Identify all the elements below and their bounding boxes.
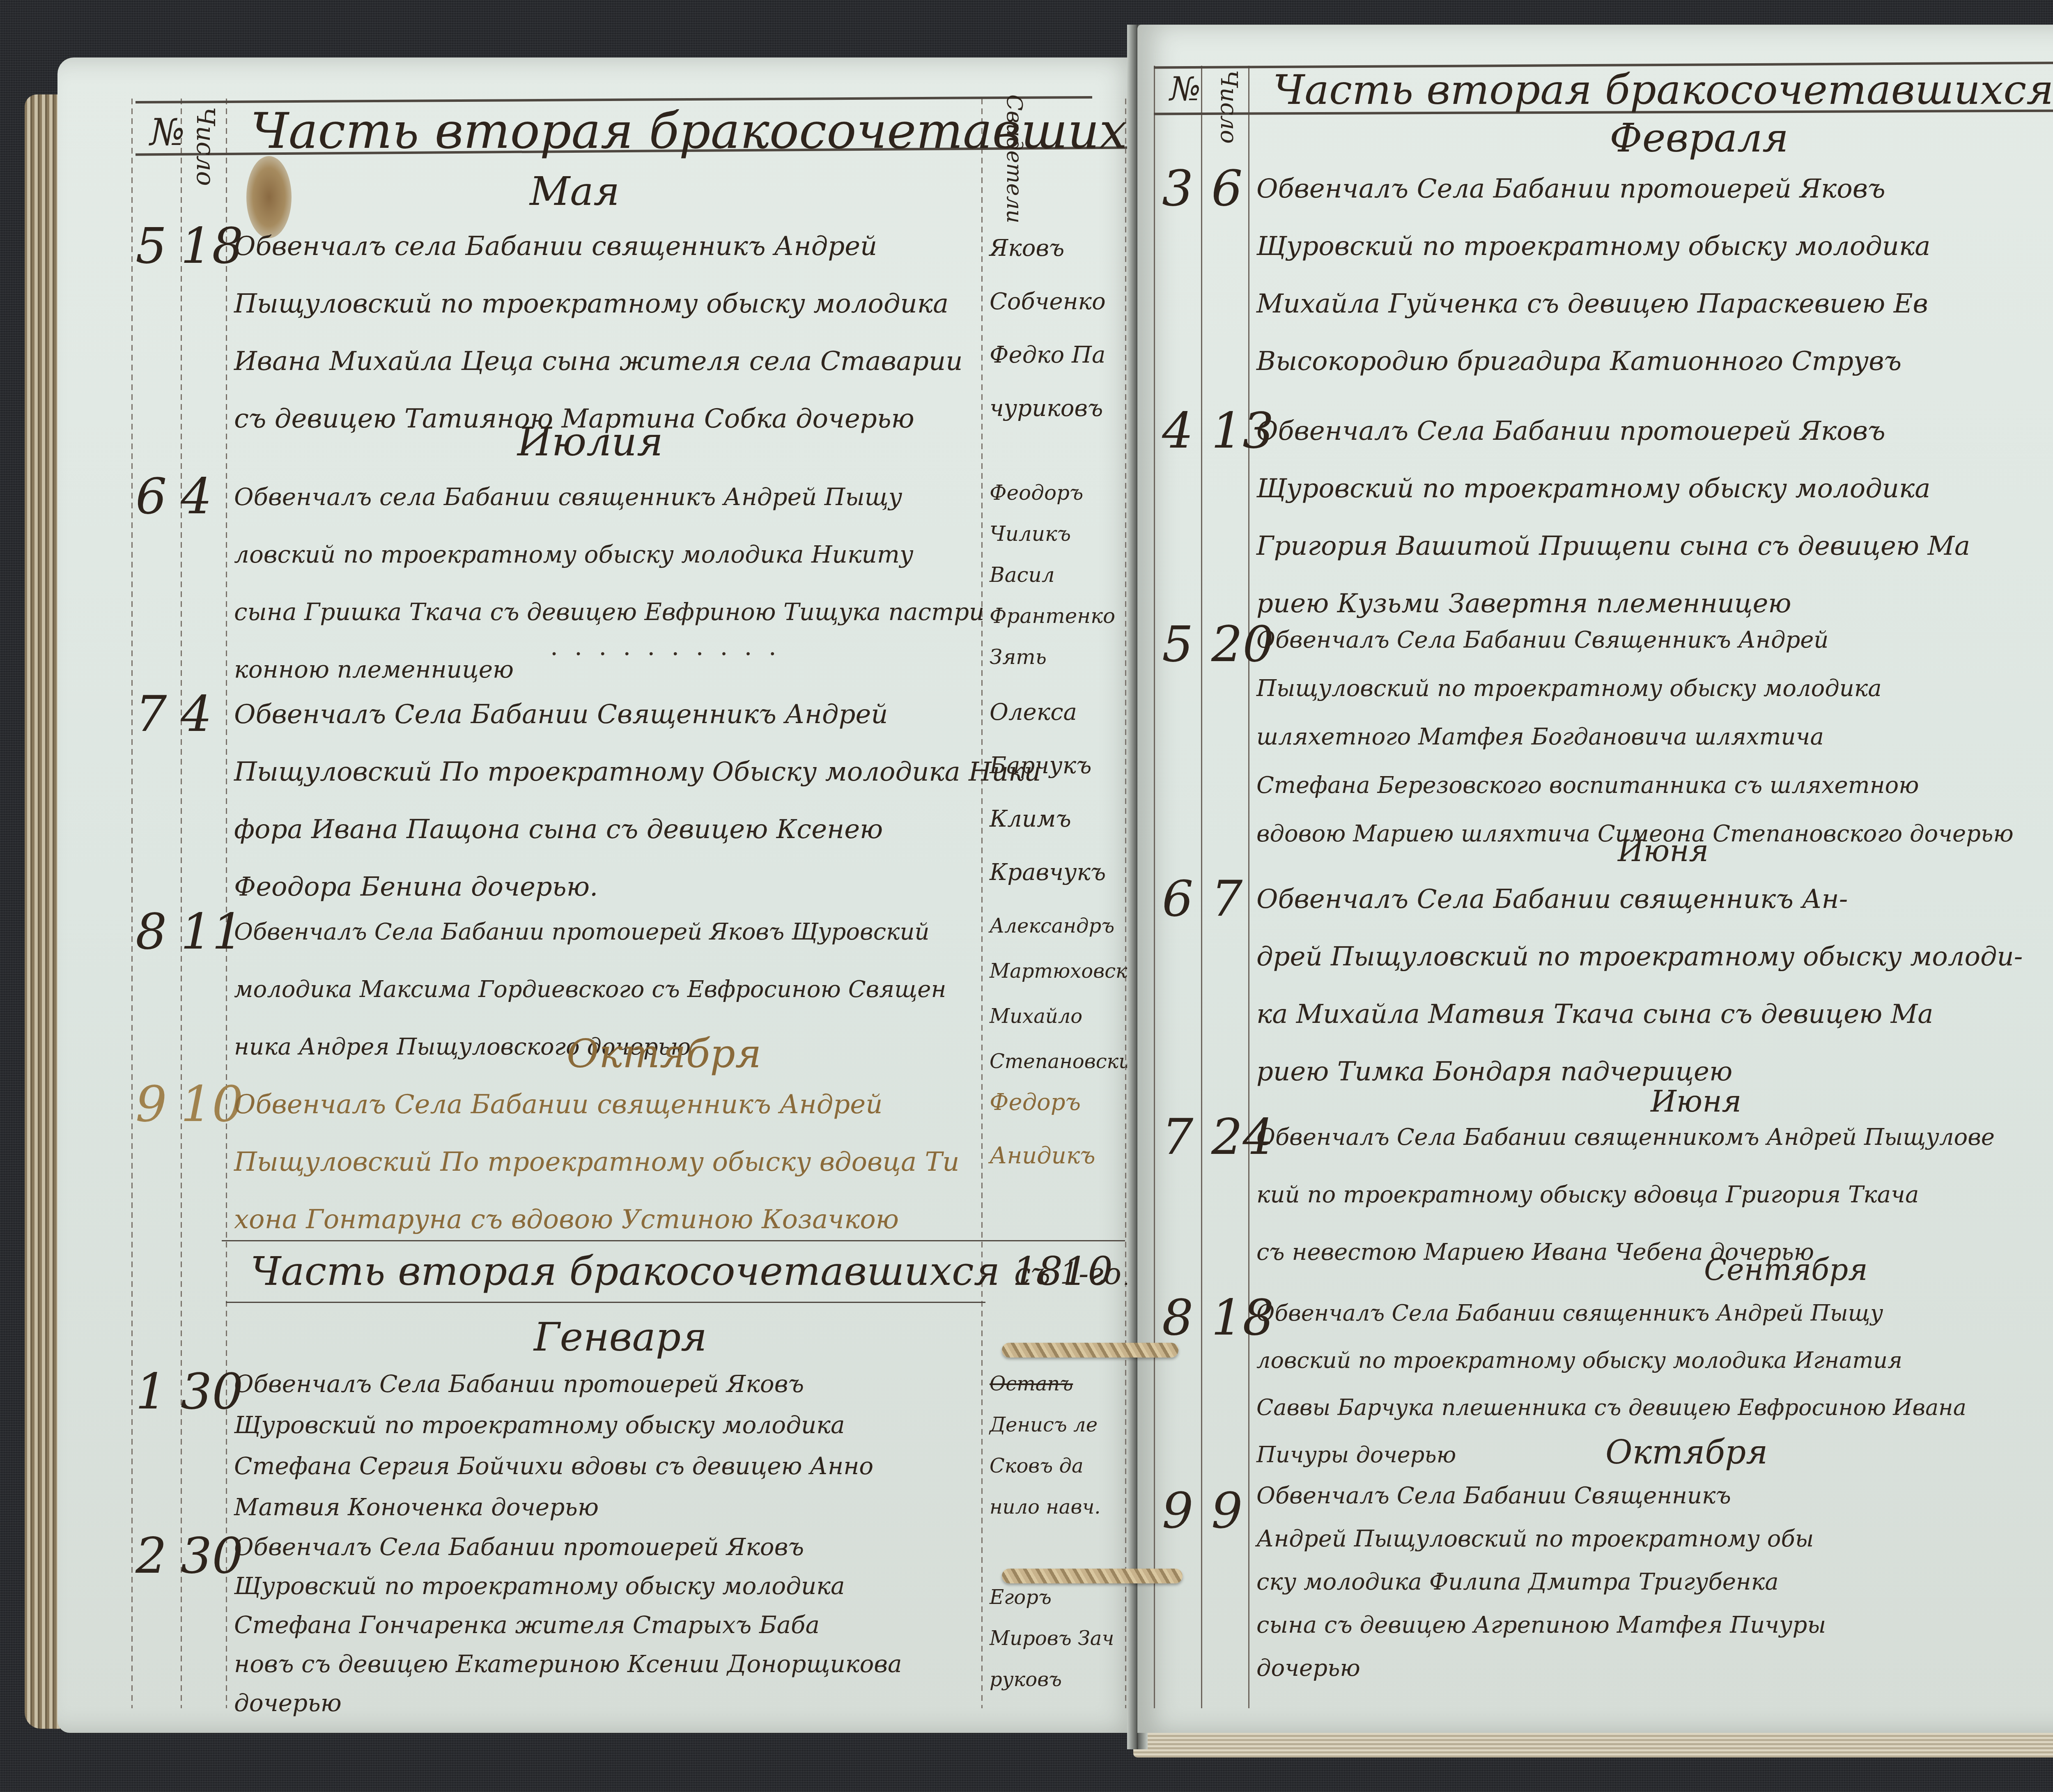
entry-number: 7 <box>1162 1109 1193 1166</box>
column-header-date: Число <box>191 107 220 186</box>
marriage-entry-text: Обвенчалъ Села Бабании протоиерей Яковъ … <box>234 1528 902 1723</box>
entry-number: 3 <box>1162 160 1193 217</box>
section-rule <box>222 1240 1125 1241</box>
entry-number: 1 <box>135 1363 167 1420</box>
entry-number: 8 <box>135 903 167 960</box>
month-heading: Октября <box>567 1031 761 1077</box>
month-heading: Февраля <box>1610 115 1789 161</box>
section-rule <box>226 1302 985 1303</box>
marriage-entry-text: Обвенчалъ Села Бабании Священникъ Андрей… <box>234 686 1041 916</box>
month-heading: Сентября <box>1704 1252 1868 1287</box>
witnesses-list: Феодоръ Чиликъ Васил Франтенко Зять <box>990 472 1113 678</box>
section-title-suffix: съ 1-го <box>1014 1257 1121 1291</box>
entry-number: 9 <box>135 1076 167 1133</box>
witnesses-list: Федоръ Анидикъ <box>990 1076 1113 1183</box>
column-divider <box>131 99 133 1708</box>
entry-number: 6 <box>1162 871 1193 928</box>
column-header-number: № <box>1166 70 1204 108</box>
left-page: № Число Часть вторая бракосочетавших Сви… <box>57 57 1141 1733</box>
marriage-entry-text: Обвенчалъ Села Бабании Священникъ Андрей… <box>1256 1474 1826 1690</box>
entry-day: 4 <box>181 468 212 525</box>
column-divider <box>1201 66 1202 1708</box>
marriage-entry-text: Обвенчалъ Села Бабании протоиерей Яковъ … <box>1256 160 1930 390</box>
page-title: Часть вторая бракосочетавших <box>250 103 1127 160</box>
column-divider <box>1248 66 1249 1708</box>
column-divider <box>1154 66 1155 1708</box>
entry-number: 2 <box>135 1528 167 1585</box>
month-heading: Генваря <box>534 1314 707 1360</box>
entry-number: 4 <box>1162 402 1193 459</box>
page-title: Часть вторая бракосочетавшихся <box>1273 66 2053 114</box>
entry-number: 9 <box>1162 1482 1193 1539</box>
marriage-entry-text: Обвенчалъ Села Бабании священникъ Андрей… <box>234 1076 959 1248</box>
marriage-entry-text: Обвенчалъ Села Бабании протоиерей Яковъ … <box>234 1363 873 1528</box>
column-divider <box>1125 99 1126 1708</box>
month-heading: Июлия <box>517 419 663 465</box>
entry-day: 7 <box>1211 871 1242 928</box>
marriage-entry-text: Обвенчалъ Села Бабании священникомъ Андр… <box>1256 1109 1995 1281</box>
binding-twine-upper <box>1002 1343 1178 1358</box>
entry-number: 5 <box>135 218 167 275</box>
marriage-entry-text: Обвенчалъ села Бабании священникъ Андрей… <box>234 468 984 698</box>
binding-twine-lower <box>1002 1569 1183 1583</box>
right-page: 25 № Число Часть вторая бракосочетавшихс… <box>1137 25 2053 1733</box>
marriage-entry-text: Обвенчалъ села Бабании священникъ Андрей… <box>234 218 962 448</box>
marriage-entry-text: Обвенчалъ Села Бабании священникъ Ан- др… <box>1256 871 2023 1100</box>
month-heading: Июня <box>1618 834 1709 868</box>
column-header-number: № <box>146 111 189 154</box>
marriage-entry-text: Обвенчалъ Села Бабании Священникъ Андрей… <box>1256 616 2014 858</box>
month-heading: Мая <box>530 168 620 214</box>
entry-number: 6 <box>135 468 167 525</box>
witnesses-list: Олекса Барчукъ Климъ Кравчукъ <box>990 686 1113 899</box>
column-header-date: Число <box>1215 70 1242 144</box>
witnesses-list: Егоръ Мировъ Зач руковъ <box>990 1577 1113 1700</box>
month-heading: Октября <box>1605 1433 1768 1471</box>
column-header-witnesses: Свидетели <box>1002 94 1026 223</box>
entry-day: 9 <box>1211 1482 1242 1539</box>
witnesses-list: Остапъ Денисъ ле Сковъ да нило навч. <box>990 1363 1113 1528</box>
entry-number: 7 <box>135 686 167 743</box>
entry-number: 8 <box>1162 1289 1193 1346</box>
witnesses-list: Яковъ Собченко Федко Па чуриковъ <box>990 222 1113 435</box>
witnesses-list: Александръ Мартюховский Михайло Степанов… <box>990 903 1113 1084</box>
entry-number: 5 <box>1162 616 1193 673</box>
entry-day: 6 <box>1211 160 1242 217</box>
entry-day: 4 <box>181 686 212 743</box>
filler-dots: .......... <box>550 632 793 661</box>
book-page-edges-bottom <box>1133 1733 2053 1758</box>
marriage-entry-text: Обвенчалъ Села Бабании протоиерей Яковъ … <box>1256 402 1970 632</box>
